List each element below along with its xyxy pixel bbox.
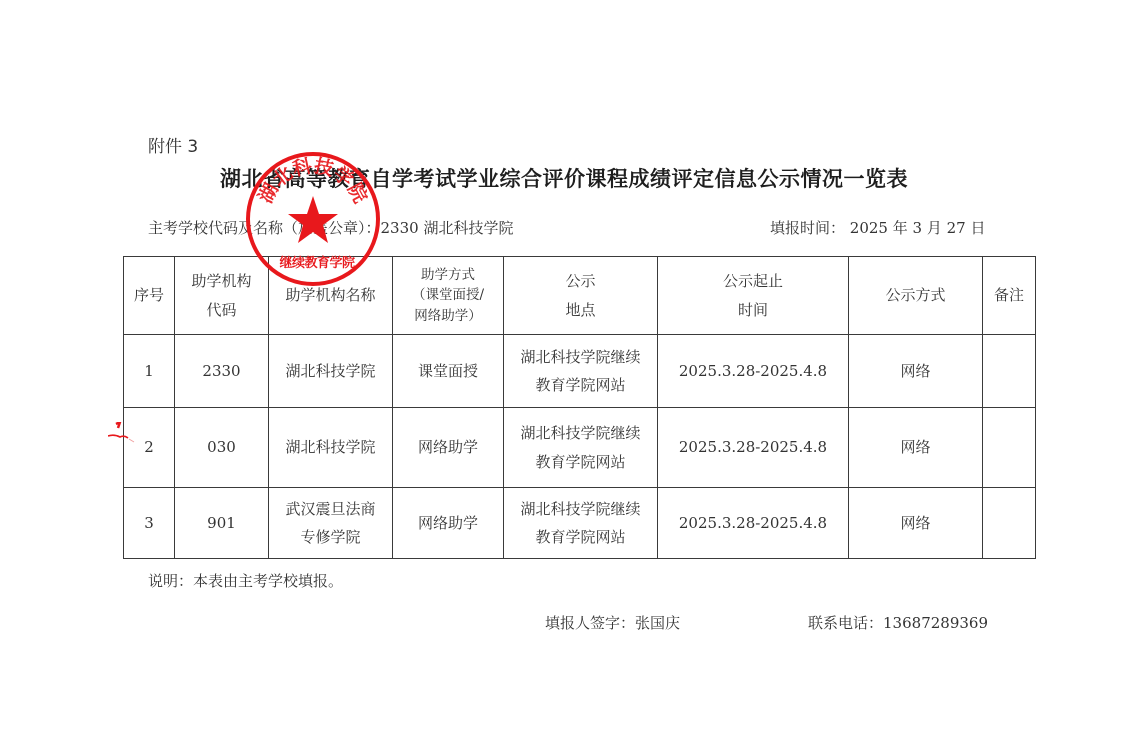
cell-org-name: 武汉震旦法商专修学院 xyxy=(269,488,393,559)
cell-location: 湖北科技学院继续教育学院网站 xyxy=(504,408,658,488)
cell-method: 网络 xyxy=(849,335,983,408)
cell-location: 湖北科技学院继续教育学院网站 xyxy=(504,488,658,559)
header-method: 公示方式 xyxy=(849,257,983,335)
header-mode: 助学方式（课堂面授/网络助学） xyxy=(393,257,504,335)
header-location: 公示地点 xyxy=(504,257,658,335)
cell-mode: 网络助学 xyxy=(393,408,504,488)
signer-name: 张国庆 xyxy=(635,614,680,632)
fill-time-value: 2025 年 3 月 27 日 xyxy=(850,219,986,237)
table-row: 2 030 湖北科技学院 网络助学 湖北科技学院继续教育学院网站 2025.3.… xyxy=(124,408,1036,488)
signer: 填报人签字：张国庆 xyxy=(545,612,680,633)
cell-period: 2025.3.28-2025.4.8 xyxy=(658,335,849,408)
cell-org-code: 901 xyxy=(175,488,269,559)
star-icon xyxy=(288,196,338,243)
phone-value: 13687289369 xyxy=(883,614,988,632)
cell-method: 网络 xyxy=(849,408,983,488)
disclosure-table: 序号 助学机构代码 助学机构名称 助学方式（课堂面授/网络助学） 公示地点 公示… xyxy=(123,256,1036,559)
cell-mode: 课堂面授 xyxy=(393,335,504,408)
footnote: 说明：本表由主考学校填报。 xyxy=(148,570,343,591)
contact-phone: 联系电话：13687289369 xyxy=(808,612,988,633)
cell-method: 网络 xyxy=(849,488,983,559)
cell-org-code: 030 xyxy=(175,408,269,488)
cell-org-code: 2330 xyxy=(175,335,269,408)
cell-period: 2025.3.28-2025.4.8 xyxy=(658,408,849,488)
phone-label: 联系电话： xyxy=(808,614,883,632)
fill-time-label: 填报时间： xyxy=(770,219,845,237)
table-row: 1 2330 湖北科技学院 课堂面授 湖北科技学院继续教育学院网站 2025.3… xyxy=(124,335,1036,408)
table-row: 3 901 武汉震旦法商专修学院 网络助学 湖北科技学院继续教育学院网站 202… xyxy=(124,488,1036,559)
cell-remark xyxy=(983,488,1036,559)
signer-label: 填报人签字： xyxy=(545,614,635,632)
cell-org-name: 湖北科技学院 xyxy=(269,408,393,488)
cell-seq: 3 xyxy=(124,488,175,559)
official-seal: 湖北科技学院 继续教育学院 xyxy=(246,152,380,286)
cell-location: 湖北科技学院继续教育学院网站 xyxy=(504,335,658,408)
school-value: 2330 湖北科技学院 xyxy=(381,219,514,237)
seal-bottom-text: 继续教育学院 xyxy=(272,252,362,271)
pen-mark xyxy=(108,422,136,450)
fill-time: 填报时间： 2025 年 3 月 27 日 xyxy=(770,217,985,238)
cell-remark xyxy=(983,335,1036,408)
header-seq: 序号 xyxy=(124,257,175,335)
cell-remark xyxy=(983,408,1036,488)
header-remark: 备注 xyxy=(983,257,1036,335)
cell-mode: 网络助学 xyxy=(393,488,504,559)
cell-period: 2025.3.28-2025.4.8 xyxy=(658,488,849,559)
cell-org-name: 湖北科技学院 xyxy=(269,335,393,408)
header-period: 公示起止时间 xyxy=(658,257,849,335)
attachment-label: 附件 3 xyxy=(148,132,198,157)
cell-seq: 1 xyxy=(124,335,175,408)
